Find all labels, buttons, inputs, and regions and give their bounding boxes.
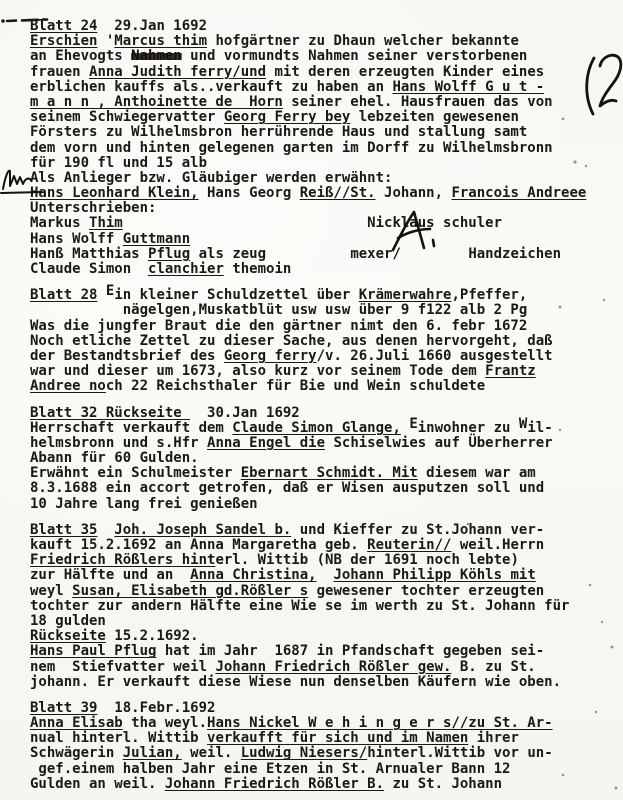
text-run: hinterl.Wittib vor un- (367, 745, 552, 761)
text-run: Marcus thim (114, 33, 207, 49)
doc-line: tochter zur andern Hälfte eine Wie se im… (30, 599, 586, 614)
text-run: ,Pfeffer, (451, 287, 527, 303)
doc-line: 10 Jahre lang frei genießen (30, 497, 586, 512)
text-run: als zeug mexer/ Handzeichen (190, 246, 561, 262)
text-run: Schwägerin (30, 745, 123, 761)
text-run: 8.3.1688 ein accort getrofen, daß er Wis… (30, 480, 544, 496)
doc-line: Blatt 28 Ein kleiner Schuldzettel über K… (30, 288, 586, 303)
doc-line: Erschien 'Marcus thim hofgärtner zu Dhau… (30, 34, 586, 49)
doc-line: Markus Thim Nicklaus schuler (30, 216, 586, 231)
doc-line: 8.3.1688 ein accort getrofen, daß er Wis… (30, 481, 586, 496)
text-run: nägelgen,Muskatblüt usw usw über 9 f122 … (30, 302, 527, 318)
text-run: Johann Philipp Köhls mit (333, 567, 535, 583)
text-run: hofgärtner zu Dhaun welcher bekannte (207, 33, 519, 49)
text-run: Francois Andreee (451, 185, 586, 201)
doc-line: an Ehevogts Nahmen und vormundts Nahmen … (30, 49, 586, 64)
text-run: Reiß//St. (300, 185, 376, 201)
text-run: nual hinterl. Wittib (30, 730, 207, 746)
doc-line: zur Hälfte und an Anna Christina, Johann… (30, 568, 586, 583)
text-run: clanchier (148, 261, 224, 277)
scanned-page: Blatt 24 29.Jan 1692Erschien 'Marcus thi… (0, 0, 623, 800)
doc-line: Hans Leonhard Klein, Hans Georg Reiß//St… (30, 186, 586, 201)
text-run: Johann, (376, 185, 452, 201)
doc-line: Hanß Matthias Pflug als zeug mexer/ Hand… (30, 247, 586, 262)
doc-line: Noch etliche Zettel zu dieser Sache, aus… (30, 334, 586, 349)
text-run: helmsbronn und s.Hfr (30, 435, 207, 451)
text-run: Rückseite (30, 628, 106, 644)
doc-line: johann. Er verkauft diese Wiese nun dens… (30, 675, 586, 690)
doc-line: gef.einem halben Jahr eine Etzen in St. … (30, 762, 586, 777)
text-run (97, 287, 105, 303)
text-run: Johann Friedrich Rößler gew. (215, 659, 451, 675)
doc-line: der Bestandtsbrief des Georg ferry/v. 26… (30, 349, 586, 364)
text-run: verkaufft für sich und im Namen (207, 730, 468, 746)
text-run: der Bestandtsbrief des (30, 348, 224, 364)
text-run: erl. Wittib (NB der 1691 noch lebte) (215, 552, 518, 568)
doc-line: Gulden an weil. Johann Friedrich Rößler … (30, 777, 586, 792)
text-run: Pflug (148, 246, 190, 262)
text-run: frauen (30, 64, 89, 80)
doc-line: Anna Elisab tha weyl.Hans Nickel W e h i… (30, 716, 586, 731)
text-run: zur Hälfte und an (30, 567, 190, 583)
text-run: Julian, (123, 745, 182, 761)
doc-line: Als Anlieger bzw. Gläubiger werden erwäh… (30, 171, 586, 186)
text-run: Erschien (30, 33, 97, 49)
text-run: Abann für 60 Gulden. (30, 450, 199, 466)
text-run: Andree no (30, 378, 106, 394)
doc-line: Herrschaft verkauft dem Claude Simon Gla… (30, 421, 586, 436)
typewritten-text: Blatt 24 29.Jan 1692Erschien 'Marcus thi… (30, 19, 586, 800)
text-run: ' (97, 33, 114, 49)
doc-line: seinem Schwiegervatter Georg Ferry bey l… (30, 110, 586, 125)
doc-line: nem Stiefvatter weil Johann Friedrich Rö… (30, 660, 586, 675)
text-run: Schiselwies auf Überherrer (325, 435, 553, 451)
text-run: Blatt 35 (30, 522, 97, 538)
doc-line: Abann für 60 Gulden. (30, 451, 586, 466)
text-run: in kleiner Schuldzettel über (114, 287, 358, 303)
text-run: Claude Simon (30, 261, 148, 277)
text-run: E (106, 283, 114, 299)
text-run: Krämerwahre (359, 287, 452, 303)
text-run: Markus (30, 215, 89, 231)
doc-line: für 190 fl und 15 alb (30, 156, 586, 171)
doc-line: Friedrich Rößlers hinterl. Wittib (NB de… (30, 553, 586, 568)
text-run: weil. (182, 745, 241, 761)
doc-line: 18 gulden (30, 614, 586, 629)
blatt-39: Blatt 39 18.Febr.1692Anna Elisab tha wey… (30, 701, 586, 792)
text-run: 10 Jahre lang frei genießen (30, 496, 258, 512)
text-run: inwohner zu (418, 420, 519, 436)
text-run: Reuterin// (367, 537, 451, 553)
doc-line: Blatt 24 29.Jan 1692 (30, 19, 586, 34)
text-run: Anna Christina, (190, 567, 316, 583)
text-run: Blatt 32 Rückseite (30, 405, 190, 421)
text-run: Hans Wolff G u t - (392, 79, 544, 95)
text-run: Anna Elisab (30, 715, 123, 731)
text-run: Erwähnt ein Schulmeister (30, 465, 241, 481)
text-run: ch 22 Reichsthaler für Bie und Wein schu… (106, 378, 485, 394)
text-run: Gulden an weil. (30, 776, 165, 792)
text-run: gewesener tochter erzeugten (308, 583, 544, 599)
text-run: gef.einem halben Jahr eine Etzen in St. … (30, 761, 510, 777)
text-run: Thim (89, 215, 123, 231)
text-run: Was die jungfer Braut die den gärtner ni… (30, 318, 527, 334)
text-run: Hans Leonhard Klein, (30, 185, 199, 201)
doc-line: m a n n , Anthoinette de Horn seiner ehe… (30, 95, 586, 110)
text-run: Als Anlieger bzw. Gläubiger werden erwäh… (30, 170, 392, 186)
text-run: Försters zu Wilhelmsbron herrührende Hau… (30, 124, 527, 140)
doc-line: Schwägerin Julian, weil. Ludwig Niesers/… (30, 746, 586, 761)
doc-line: erblichen kauffs als..verkauft zu haben … (30, 80, 586, 95)
text-run: Herrschaft verkauft dem (30, 420, 232, 436)
blatt-24: Blatt 24 29.Jan 1692Erschien 'Marcus thi… (30, 19, 586, 277)
text-run: weil.Herrn (451, 537, 544, 553)
text-run: seinem Schwiegervatter (30, 109, 224, 125)
text-run (97, 522, 114, 538)
text-run: Blatt 28 (30, 287, 97, 303)
text-run: und Kieffer zu St.Johann ver- (291, 522, 544, 538)
doc-line: Andree noch 22 Reichsthaler für Bie und … (30, 379, 586, 394)
text-run: für 190 fl und 15 alb (30, 155, 207, 171)
text-run: lebzeiten gewesenen (350, 109, 519, 125)
text-run: kauft 15.2.1692 an Anna Margaretha geb. (30, 537, 367, 553)
text-run: 15.2.1692. (106, 628, 199, 644)
doc-line: weyl Susan, Elisabeth gd.Rößler s gewese… (30, 584, 586, 599)
text-run (317, 567, 334, 583)
text-run: Nicklaus schuler (123, 215, 502, 231)
text-run: erblichen kauffs als..verkauft zu haben … (30, 79, 392, 95)
text-run: Hans Paul Pflug (30, 643, 156, 659)
text-run: Hanß Matthias (30, 246, 148, 262)
text-run: diesem war am (418, 465, 536, 481)
text-run: 30.Jan 1692 (190, 405, 300, 421)
doc-line: Was die jungfer Braut die den gärtner ni… (30, 319, 586, 334)
text-run: Joh. Joseph Sandel b. (114, 522, 291, 538)
text-run: an Ehevogts (30, 48, 131, 64)
text-run: Frantz (485, 363, 536, 379)
text-run: Unterschrieben: (30, 200, 156, 216)
doc-line: helmsbronn und s.Hfr Anna Engel die Schi… (30, 436, 586, 451)
text-run: Friedrich Rößlers hint (30, 552, 215, 568)
text-run: Anna Engel die (207, 435, 325, 451)
doc-line: Hans Paul Pflug hat im Jahr 1687 in Pfan… (30, 644, 586, 659)
text-run: Georg Ferry bey (224, 109, 350, 125)
text-run: Nahmen (131, 48, 182, 64)
text-run: tha weyl. (123, 715, 207, 731)
text-run: themoin (224, 261, 291, 277)
doc-line: war und dieser um 1673, also kurz vor se… (30, 364, 586, 379)
text-run: mit deren erzeugten Kinder eines (266, 64, 544, 80)
doc-line: dem vorn und hinten gelegenen garten im … (30, 141, 586, 156)
text-run: Blatt 39 (30, 700, 97, 716)
text-run: ihrer (468, 730, 519, 746)
text-run: tochter zur andern Hälfte eine Wie se im… (30, 598, 569, 614)
margin-number-2-mark (587, 55, 621, 114)
text-run: war und dieser um 1673, also kurz vor se… (30, 363, 485, 379)
doc-line: Blatt 35 Joh. Joseph Sandel b. und Kieff… (30, 523, 586, 538)
text-run: dem vorn und hinten gelegenen garten im … (30, 140, 553, 156)
text-run: weyl (30, 583, 72, 599)
text-run: W (519, 416, 527, 432)
doc-line: Rückseite 15.2.1692. (30, 629, 586, 644)
text-run: 29.Jan 1692 (97, 18, 207, 34)
doc-line: Unterschrieben: (30, 201, 586, 216)
doc-line: Försters zu Wilhelmsbron herrührende Hau… (30, 125, 586, 140)
text-run: Guttmann (123, 231, 190, 247)
text-run: Blatt 24 (30, 18, 97, 34)
doc-line: frauen Anna Judith ferry/und mit deren e… (30, 65, 586, 80)
text-run: johann. Er verkauft diese Wiese nun dens… (30, 674, 561, 690)
doc-line: kauft 15.2.1692 an Anna Margaretha geb. … (30, 538, 586, 553)
text-run: Anna Judith ferry/und (89, 64, 266, 80)
text-run: Noch etliche Zettel zu dieser Sache, aus… (30, 333, 553, 349)
text-run: Hans Nickel W e h i n g e r s//zu St. Ar… (207, 715, 553, 731)
doc-line: Erwähnt ein Schulmeister Ebernart Schmid… (30, 466, 586, 481)
text-run: Johann Friedrich Rößler B. (165, 776, 384, 792)
blatt-35: Blatt 35 Joh. Joseph Sandel b. und Kieff… (30, 523, 586, 690)
text-run: m a n n , Anthoinette de Horn (30, 94, 283, 110)
blatt-32: Blatt 32 Rückseite 30.Jan 1692Herrschaft… (30, 406, 586, 512)
doc-line: Blatt 32 Rückseite 30.Jan 1692 (30, 406, 586, 421)
doc-line: Hans Wolff Guttmann (30, 232, 586, 247)
text-run: und vormundts Nahmen seiner verstorbenen (182, 48, 528, 64)
text-run: Ludwig Niesers/ (241, 745, 367, 761)
text-run: Claude Simon Glange, (232, 420, 401, 436)
doc-line: nägelgen,Muskatblüt usw usw über 9 f122 … (30, 303, 586, 318)
text-run: /v. 26.Juli 1660 ausgestellt (317, 348, 553, 364)
doc-line: nual hinterl. Wittib verkaufft für sich … (30, 731, 586, 746)
text-run: Georg ferry (224, 348, 317, 364)
text-run: Hans Georg (199, 185, 300, 201)
text-run: Hans Wolff (30, 231, 123, 247)
text-run: il- (527, 420, 552, 436)
text-run: 18 gulden (30, 613, 106, 629)
text-run: B. zu St. (451, 659, 535, 675)
doc-line: Blatt 39 18.Febr.1692 (30, 701, 586, 716)
text-run: hat im Jahr 1687 in Pfandschaft gegeben … (156, 643, 544, 659)
text-run: nem Stiefvatter weil (30, 659, 215, 675)
text-run: seiner ehel. Hausfrauen das von (283, 94, 553, 110)
text-run: Ebernart Schmidt. Mit (241, 465, 418, 481)
doc-line: Claude Simon clanchier themoin (30, 262, 586, 277)
text-run: E (409, 416, 417, 432)
text-run: zu St. Johann (384, 776, 502, 792)
blatt-28: Blatt 28 Ein kleiner Schuldzettel über K… (30, 288, 586, 394)
text-run: Susan, Elisabeth gd.Rößler s (72, 583, 308, 599)
text-run: 18.Febr.1692 (97, 700, 215, 716)
